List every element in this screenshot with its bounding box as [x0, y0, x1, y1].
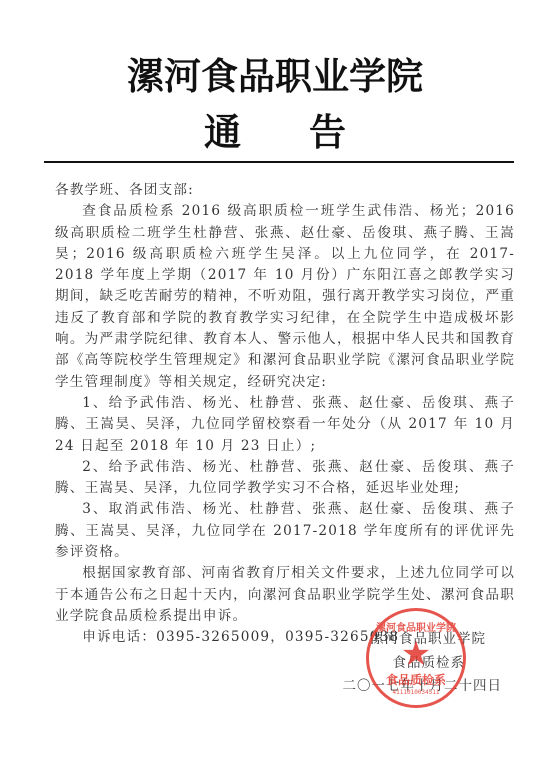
- notice-body: 各教学班、各团支部: 查食品质检系 2016 级高职质检一班学生武伟浩、杨光；2…: [55, 180, 515, 649]
- decision-item-3: 3、取消武伟浩、杨光、杜静营、张燕、赵仕豪、岳俊琪、燕子腾、王嵩昊、吴泽，九位同…: [55, 499, 515, 563]
- decision-item-2: 2、给予武伟浩、杨光、杜静营、张燕、赵仕豪、岳俊琪、燕子腾、王嵩昊、吴泽，九位同…: [55, 457, 515, 500]
- official-seal: 漯河食品职业学院 ★ 食品质检系 4111010034511: [366, 608, 466, 708]
- document-type-title: 通告: [0, 102, 550, 156]
- header-divider: [44, 161, 514, 163]
- institution-title: 漯河食品职业学院: [0, 46, 550, 100]
- paragraph-facts: 查食品质检系 2016 级高职质检一班学生武伟浩、杨光；2016 级高职质检二班…: [55, 201, 515, 393]
- seal-department-text: 食品质检系: [369, 671, 463, 688]
- seal-number: 4111010034511: [369, 689, 463, 696]
- document-type-char-2: 告: [309, 102, 346, 156]
- decision-item-1: 1、给予武伟浩、杨光、杜静营、张燕、赵仕豪、岳俊琪、燕子腾、王嵩昊、吴泽，九位同…: [55, 393, 515, 457]
- star-icon: ★: [369, 637, 463, 671]
- document-type-char-1: 通: [204, 102, 241, 156]
- seal-arc-text: 漯河食品职业学院: [375, 619, 457, 634]
- salutation: 各教学班、各团支部:: [55, 180, 515, 201]
